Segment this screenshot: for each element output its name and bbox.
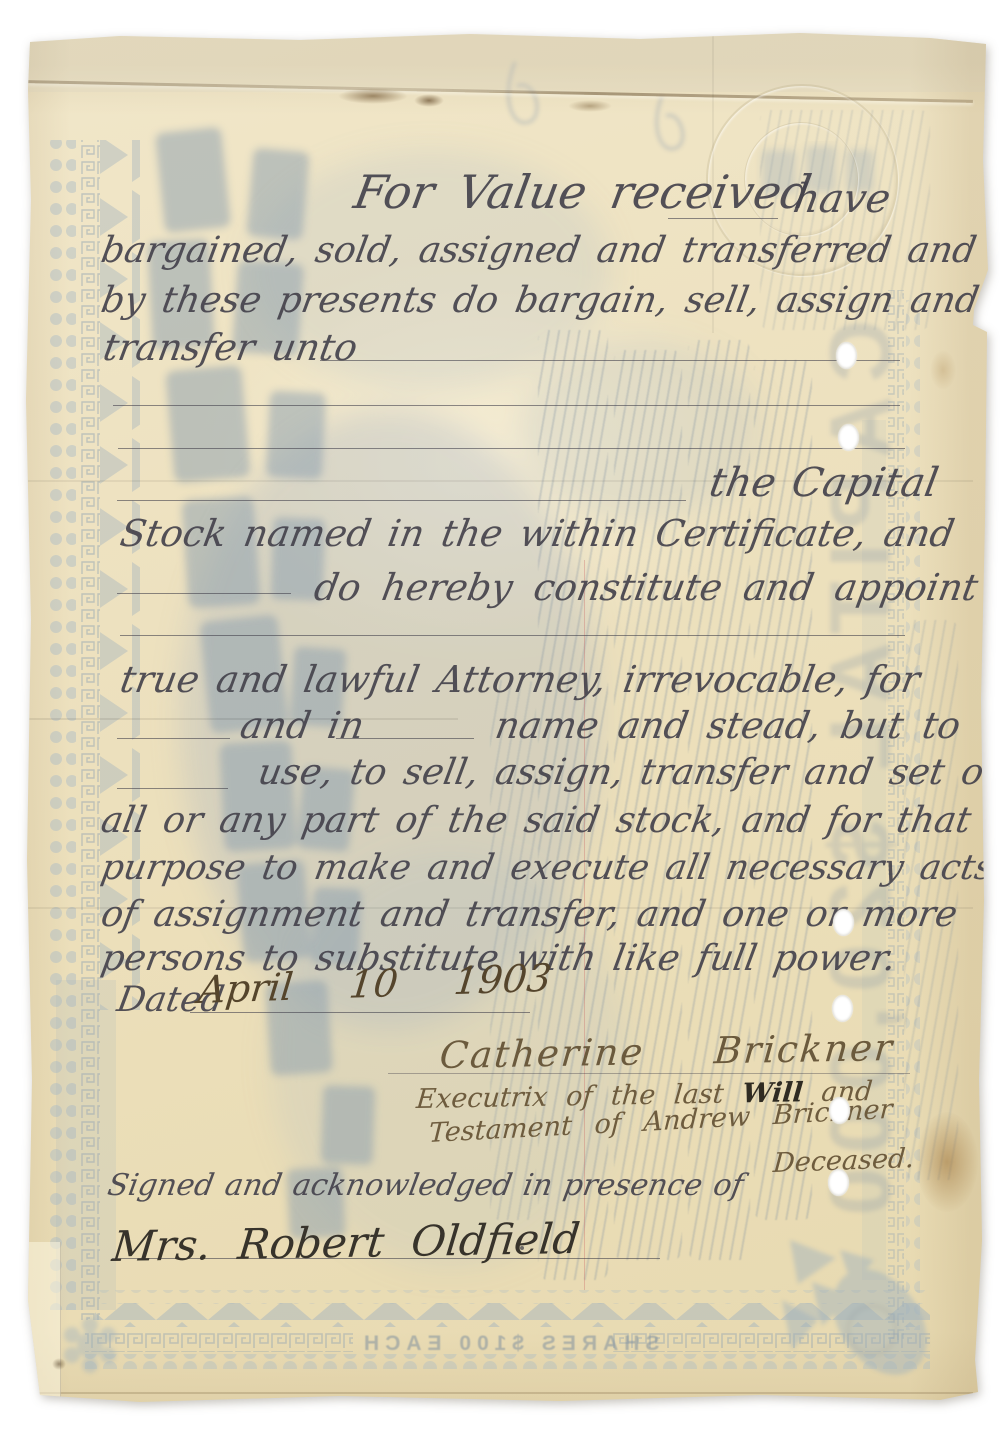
printed-line-opening: For Value received (350, 165, 815, 219)
paper-shadow: CAPITAL $20,000 SHARES $100 EACH (0, 0, 1000, 1432)
punch-hole (829, 1097, 850, 1124)
ruled-line-capital (117, 500, 686, 501)
signature-catherine-brickner: Catherine Brickner (438, 1026, 896, 1077)
fold-crease-bottom (28, 1392, 973, 1394)
punch-hole (828, 1169, 849, 1196)
stain (568, 100, 612, 112)
stain (52, 1358, 66, 1370)
printed-line-all-or: all or any part of the said stock, and f… (98, 800, 974, 841)
printed-line-assignment: of assignment and transfer, and one or m… (98, 894, 960, 935)
printed-line-presents: by these presents do bargain, sell, assi… (98, 280, 982, 321)
ruled-line-use-left (117, 788, 228, 789)
ruled-line-dated (190, 1012, 530, 1013)
printed-line-opening-right: have (790, 176, 894, 222)
ruled-line-transfer-unto (320, 360, 900, 361)
punch-hole (838, 424, 859, 451)
printed-line-attorney: true and lawful Attorney, irrevocable, f… (117, 658, 923, 701)
ruled-line-blank-1 (113, 405, 900, 406)
witness-signature-oldfield: Mrs. Robert Oldfield (110, 1214, 582, 1271)
printed-line-constitute: do hereby constitute and appoint (311, 566, 981, 609)
punch-hole (833, 909, 854, 936)
printed-line-stock: Stock named in the within Certificate, a… (117, 512, 958, 555)
stain (414, 94, 444, 107)
printed-line-bargained: bargained, sold, assigned and transferre… (98, 230, 979, 271)
printed-line-use: use, to sell, assign, transfer and set o… (255, 752, 1000, 793)
fold-flap-bottom-left (26, 1242, 61, 1408)
ruled-line-and-in-left (117, 738, 230, 739)
printed-line-and-in: and in (237, 704, 368, 747)
stain-right-edge (916, 1112, 978, 1212)
punch-hole (836, 342, 857, 369)
printed-line-transfer-unto: transfer unto (100, 326, 361, 369)
scanned-document: CAPITAL $20,000 SHARES $100 EACH (0, 0, 1000, 1432)
printed-label-witness: Signed and acknowledged in presence of (105, 1168, 746, 1203)
ruled-line-blank-2 (118, 448, 905, 449)
stain (930, 350, 956, 390)
ghost-shares-text: SHARES $100 EACH (358, 1332, 659, 1356)
ruled-line-appoint-short (117, 593, 291, 594)
printed-line-name-stead: name and stead, but to (492, 704, 964, 747)
fold-flap-top-tint (26, 30, 986, 92)
ruled-line-blank-3 (120, 635, 905, 636)
printed-line-capital: the Capital (706, 460, 942, 506)
printed-line-purpose: purpose to make and execute all necessar… (98, 848, 996, 888)
stain (338, 88, 408, 104)
certificate-back-page: CAPITAL $20,000 SHARES $100 EACH (0, 0, 1000, 1432)
punch-hole (832, 995, 853, 1022)
